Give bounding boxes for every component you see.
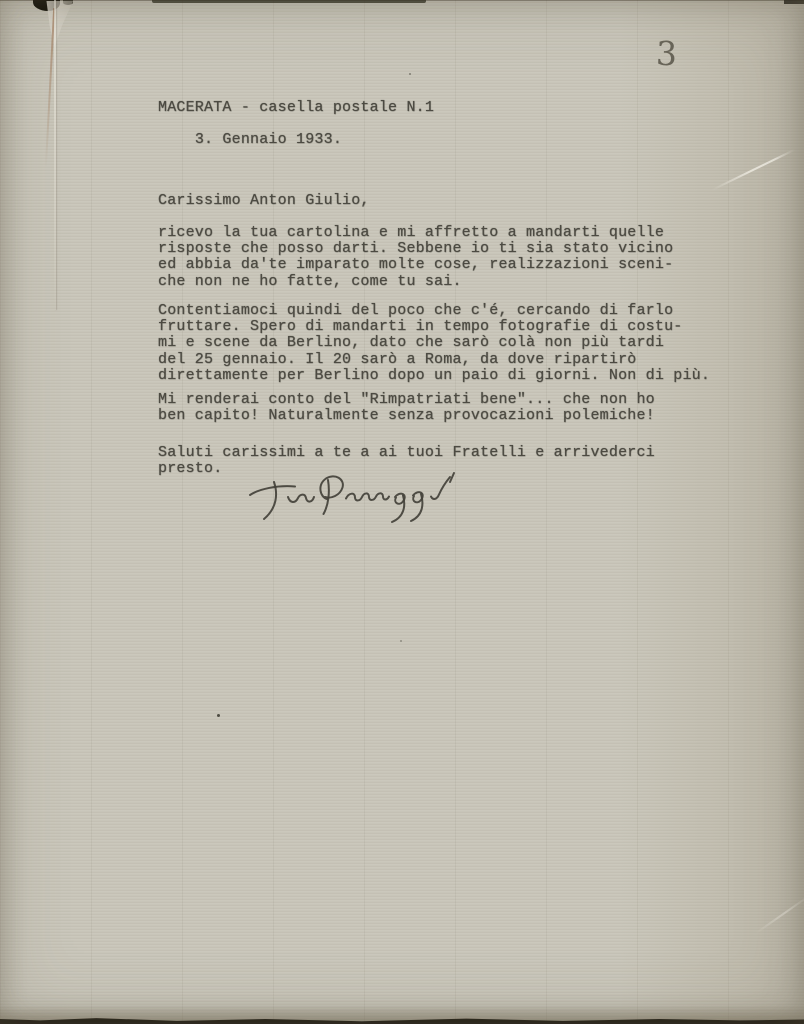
letter-header: MACERATA - casella postale N.1 3. Gennai… bbox=[158, 100, 434, 165]
signature-ivo-pannaggi bbox=[247, 470, 469, 526]
scan-top-edge-dark-corner bbox=[784, 0, 804, 4]
scan-top-edge-dark-segment bbox=[152, 0, 426, 3]
paper-speck bbox=[217, 714, 220, 717]
paper-crease-bottom-right bbox=[756, 891, 804, 934]
page-number-annotation: 3 bbox=[655, 34, 677, 74]
letter-salutation: Carissimo Anton Giulio, bbox=[158, 193, 370, 209]
letter-paragraph-1: ricevo la tua cartolina e mi affretto a … bbox=[158, 225, 673, 290]
letter-paragraph-2: Contentiamoci quindi del poco che c'é, c… bbox=[158, 303, 710, 384]
letter-date-line: 3. Gennaio 1933. bbox=[195, 131, 342, 148]
letter-paragraph-3: Mi renderai conto del "Rimpatriati bene"… bbox=[158, 392, 655, 424]
letter-location-line: MACERATA - casella postale N.1 bbox=[158, 99, 434, 116]
paper-speck bbox=[400, 640, 402, 642]
paper-speck bbox=[409, 73, 411, 75]
scan-bottom-shadow bbox=[0, 1005, 804, 1021]
paper-shading-band bbox=[619, 0, 804, 1024]
paper-crease-top-right bbox=[712, 149, 796, 191]
scanned-letter-page: 3 MACERATA - casella postale N.1 3. Genn… bbox=[0, 0, 804, 1024]
paper-crease-left bbox=[54, 0, 56, 310]
